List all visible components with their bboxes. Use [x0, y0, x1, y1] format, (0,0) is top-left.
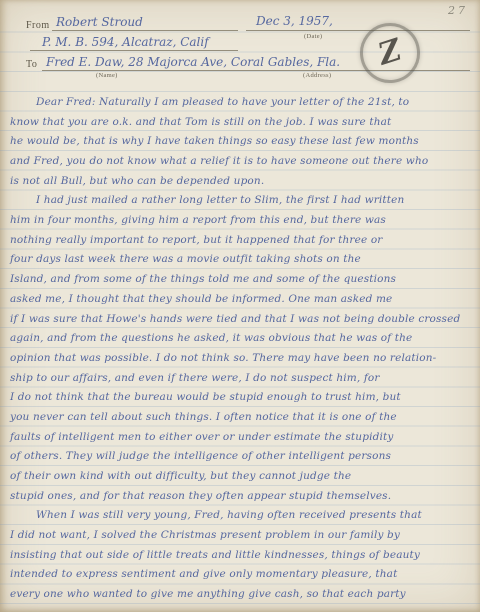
address-caption: (Address) [303, 72, 331, 79]
from-name-value: Robert Stroud [56, 15, 143, 29]
letter-line: stupid ones, and for that reason they of… [0, 484, 480, 504]
letter-line: know that you are o.k. and that Tom is s… [0, 110, 480, 130]
letter-line: Dear Fred: Naturally I am pleased to hav… [0, 90, 480, 110]
date-rule [246, 30, 470, 31]
letter-line: ship to our affairs, and even if there w… [0, 366, 480, 386]
letter-body: Dear Fred: Naturally I am pleased to hav… [0, 90, 480, 602]
letter-line: every one who wanted to give me anything… [0, 582, 480, 602]
from-label: From [26, 20, 50, 31]
to-value: Fred E. Daw, 28 Majorca Ave, Coral Gable… [46, 55, 340, 69]
letter-line: insisting that out side of little treats… [0, 543, 480, 563]
letter-line: Island, and from some of the things told… [0, 267, 480, 287]
letter-line: nothing really important to report, but … [0, 228, 480, 248]
censor-stamp-letter: Z [375, 35, 405, 70]
to-label: To [26, 59, 37, 70]
date-caption: (Date) [304, 33, 322, 40]
letter-line: four days last week there was a movie ou… [0, 248, 480, 268]
letter-line: When I was still very young, Fred, havin… [0, 504, 480, 524]
letter-line: of their own kind with out difficulty, b… [0, 464, 480, 484]
letter-line: he would be, that is why I have taken th… [0, 130, 480, 150]
page-number: 27 [448, 4, 468, 17]
letter-line: and Fred, you do not know what a relief … [0, 149, 480, 169]
from-name-rule [52, 30, 238, 31]
letter-line: I had just mailed a rather long letter t… [0, 189, 480, 209]
letter-line: if I was sure that Howe's hands were tie… [0, 307, 480, 327]
letter-line: opinion that was possible. I do not thin… [0, 346, 480, 366]
name-caption: (Name) [96, 72, 118, 79]
letter-line: I do not think that the bureau would be … [0, 386, 480, 406]
letter-line: intended to express sentiment and give o… [0, 563, 480, 583]
letter-line: again, and from the questions he asked, … [0, 327, 480, 347]
from-address-value: P. M. B. 594, Alcatraz, Calif [42, 35, 209, 49]
date-value: Dec 3, 1957, [256, 14, 333, 28]
letter-line: of others. They will judge the intellige… [0, 445, 480, 465]
letter-line: asked me, I thought that they should be … [0, 287, 480, 307]
letter-line: you never can tell about such things. I … [0, 405, 480, 425]
letter-line: faults of intelligent men to either over… [0, 425, 480, 445]
letter-line: I did not want, I solved the Christmas p… [0, 523, 480, 543]
from-address-rule [30, 50, 238, 51]
letter-line: him in four months, giving him a report … [0, 208, 480, 228]
letter-page: 27 From To (Date) (Name) (Address) Rober… [0, 0, 480, 612]
letter-line: is not all Bull, but who can be depended… [0, 169, 480, 189]
